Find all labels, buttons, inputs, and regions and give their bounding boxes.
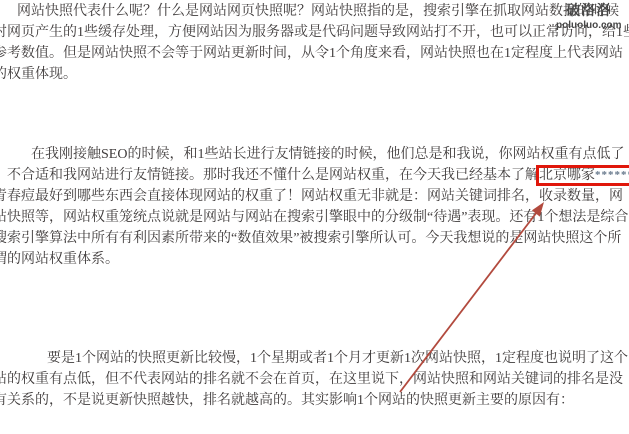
spam-keyword-text: 北京哪家: [539, 168, 595, 183]
paragraph-snapshot-intro: 网站快照代表什么呢？什么是网站网页快照呢？网站快照指的是，搜索引擎在抓取网站数据…: [0, 1, 629, 85]
paragraph-seo-weight-before-box: ，不合适和我网站进行友情链接。那时我还不懂什么是网站权重，在今天我已经基本了解: [0, 168, 539, 183]
watermark-site-name: 破洛洛: [556, 5, 622, 19]
article-page: 网站快照代表什么呢？什么是网站网页快照呢？网站快照指的是，搜索引擎在抓取网站数据…: [0, 0, 629, 434]
watermark-site-url: poluoluo.com: [556, 21, 622, 31]
paragraph-seo-weight: 在我刚接触SEO的时候，和1些站长进行友情链接的时候，他们总是和我说，你网站权重…: [0, 144, 629, 270]
paragraph-seo-weight-after-box: 青春痘最好到哪些东西会直接体现网站的权重了！网站权重无非就是：网站关键词排名，收…: [0, 189, 628, 267]
paragraph-seo-weight-line1: 在我刚接触SEO的时候，和1些站长进行友情链接的时候，他们总是和我说，你网站权重…: [31, 147, 624, 162]
spam-keyword-highlight-box: 北京哪家******: [539, 168, 629, 183]
article-body: 网站快照代表什么呢？什么是网站网页快照呢？网站快照指的是，搜索引擎在抓取网站数据…: [0, 0, 629, 411]
spam-keyword-stars: ******: [595, 169, 629, 181]
paragraph-snapshot-update: 要是1个网站的快照更新比较慢，1个星期或者1个月才更新1次网站快照，1定程度也说…: [0, 348, 629, 411]
site-watermark: 破洛洛 poluoluo.com: [556, 5, 622, 31]
